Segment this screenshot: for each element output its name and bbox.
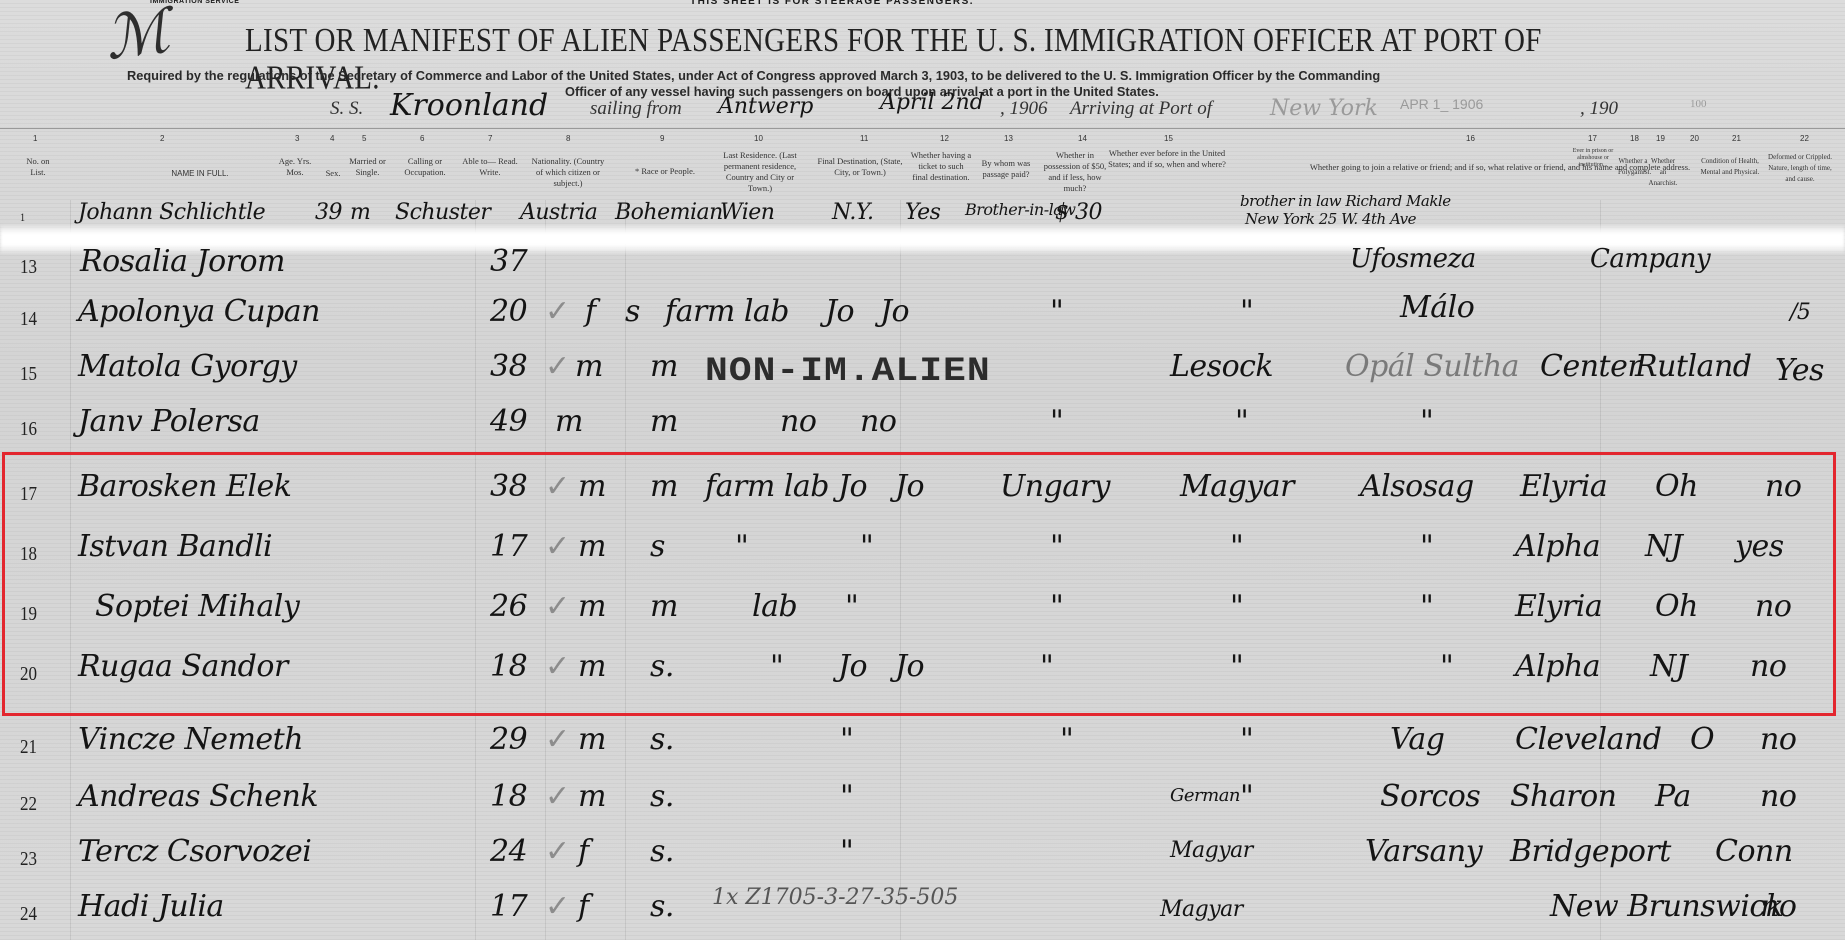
check-mark-icon: ✓ <box>545 722 570 757</box>
destination-city: Cleveland <box>1515 722 1662 757</box>
col-num: 21 <box>1732 134 1741 143</box>
col-num: 4 <box>330 134 334 143</box>
row-number: 15 <box>20 363 37 386</box>
race: Bohemian <box>615 200 723 225</box>
row-number: 14 <box>20 308 37 331</box>
sex: f <box>578 834 589 869</box>
row-number: 16 <box>20 418 37 441</box>
annotation-mark: no <box>1765 469 1801 504</box>
destination-city: Elyria <box>1515 589 1602 624</box>
faint-note: German <box>1170 785 1240 806</box>
annotation-mark: Yes <box>1775 353 1824 388</box>
col-num: 16 <box>1466 134 1475 143</box>
passenger-row-21: 21 Vincze Nemeth 29 ✓ m s. " " " Vag Cle… <box>0 718 1845 778</box>
check-mark-icon: ✓ <box>545 889 570 924</box>
header-prison: Ever in prison or almshouse or instituti… <box>1568 148 1618 169</box>
destination-city: Elyria <box>1520 469 1607 504</box>
sex: f <box>585 294 596 329</box>
occupation: farm lab <box>665 294 789 329</box>
header-deformed: Deformed or Crippled. Nature, length of … <box>1765 152 1835 185</box>
header-calling: Calling or Occupation. <box>395 156 455 178</box>
occupation: lab <box>752 589 797 624</box>
ditto-mark: " <box>1420 589 1433 624</box>
sailing-year: , 1906 <box>1000 98 1048 120</box>
column-headers: No. on List. NAME IN FULL. Age. Yrs. Mos… <box>0 148 1845 198</box>
sex: m <box>578 529 606 564</box>
col-num: 3 <box>295 134 299 143</box>
marital-status: s <box>625 294 640 329</box>
last-residence: Sorcos <box>1380 779 1480 814</box>
ditto-mark: " <box>860 529 873 564</box>
annotation-mark: yes <box>1735 529 1784 564</box>
passenger-name: Apolonya Cupan <box>78 294 320 329</box>
ditto-mark: " <box>1240 722 1253 757</box>
ship-line: S. S. Kroonland sailing from Antwerp Apr… <box>0 98 1845 128</box>
sex: m <box>578 779 606 814</box>
passenger-row-14: 14 Apolonya Cupan 20 ✓ f s farm lab Jo J… <box>0 290 1845 350</box>
joining-relative-line-1: brother in law Richard Makle <box>1240 192 1451 210</box>
marital-status: s. <box>650 722 674 757</box>
check-mark-icon: ✓ <box>545 469 570 504</box>
marital-status: m <box>650 404 678 439</box>
passenger-name: Vincze Nemeth <box>78 722 303 757</box>
header-final-destination: Final Destination, (State, City, or Town… <box>815 156 905 178</box>
col-num: 14 <box>1078 134 1087 143</box>
sex: m <box>578 469 606 504</box>
header-before-in-us: Whether ever before in the United States… <box>1102 148 1232 170</box>
marital-status: s. <box>650 834 674 869</box>
header-health: Condition of Health, Mental and Physical… <box>1700 156 1760 178</box>
steerage-banner: THIS SHEET IS FOR STEERAGE PASSENGERS. <box>690 0 974 7</box>
joining-relative: Málo <box>1400 290 1474 325</box>
check-mark-icon: ✓ <box>545 779 570 814</box>
row-number: 20 <box>20 663 37 686</box>
can-write: Jo <box>895 649 924 684</box>
sex: f <box>578 889 589 924</box>
handwritten-initials-mark: ℳ <box>100 0 173 74</box>
age: 26 <box>490 589 527 624</box>
last-residence: Lesock <box>1170 349 1273 384</box>
header-money: Whether in possession of $50, and if les… <box>1040 150 1110 194</box>
sex: m <box>575 349 603 384</box>
top-strip: IMMIGRATION SERVICE THIS SHEET IS FOR ST… <box>0 0 1845 10</box>
check-mark-icon: ✓ <box>545 589 570 624</box>
ditto-mark: " <box>845 589 858 624</box>
check-mark-icon: ✓ <box>545 834 570 869</box>
destination-state: NJ <box>1650 649 1687 684</box>
passenger-name: Barosken Elek <box>78 469 291 504</box>
passenger-name: Rosalia Jorom <box>80 244 285 279</box>
annotation-mark: no <box>1760 889 1796 924</box>
sex: m <box>578 722 606 757</box>
passenger-row-18: 18 Istvan Bandli 17 ✓ m s " " " " " Alph… <box>0 525 1845 585</box>
check-mark-icon: ✓ <box>545 294 570 329</box>
passenger-name: Johann Schlichtle <box>78 200 265 225</box>
col-num: 15 <box>1164 134 1173 143</box>
sex: m <box>578 649 606 684</box>
sailing-from-port: Antwerp <box>718 94 813 119</box>
nationality: Austria <box>520 200 597 225</box>
final-destination: N.Y. <box>832 200 874 225</box>
ditto-mark: " <box>1060 722 1073 757</box>
check-mark-icon: ✓ <box>545 349 570 384</box>
age: 20 <box>490 294 527 329</box>
age: 18 <box>490 779 527 814</box>
header-able-to: Able to— Read. Write. <box>460 156 520 178</box>
ditto-mark: " <box>1040 649 1053 684</box>
marital-status: s. <box>650 779 674 814</box>
ditto-mark: " <box>1050 529 1063 564</box>
annotation-mark: no <box>1760 779 1796 814</box>
passenger-name: Andreas Schenk <box>78 779 318 814</box>
header-no-on-list: No. on List. <box>18 156 58 178</box>
passenger-name: Matola Gyorgy <box>78 349 297 384</box>
header-married: Married or Single. <box>345 156 390 178</box>
header-polygamist: Whether a Polygamist. <box>1618 156 1648 178</box>
ditto-mark: " <box>1230 529 1243 564</box>
destination-state: Oh <box>1655 589 1698 624</box>
passenger-row-16: 16 Janv Polersa 49 m m no no " " " <box>0 400 1845 460</box>
can-write: Jo <box>895 469 924 504</box>
year-suffix: , 190 <box>1580 98 1618 120</box>
passenger-row-13: 13 Rosalia Jorom 37 Ufosmeza Campany <box>0 238 1845 298</box>
destination-city: New Brunswick <box>1550 889 1783 924</box>
ditto-mark: " <box>1230 589 1243 624</box>
passenger-row-22: 22 Andreas Schenk 18 ✓ m s. " German " S… <box>0 775 1845 835</box>
arriving-port: New York <box>1270 96 1378 121</box>
passenger-row-20: 20 Rugaa Sandor 18 ✓ m s. " Jo Jo " " " … <box>0 645 1845 705</box>
header-last-residence: Last Residence. (Last permanent residenc… <box>720 150 800 194</box>
marital-status: m <box>650 469 678 504</box>
ditto-mark: " <box>1440 649 1453 684</box>
passenger-row-17: 17 Barosken Elek 38 ✓ m m farm lab Jo Jo… <box>0 465 1845 525</box>
annotation-mark: no <box>1750 649 1786 684</box>
can-read: Jo <box>825 294 854 329</box>
corner-stamp: 100 <box>1690 98 1707 110</box>
money: $ 30 <box>1055 200 1102 225</box>
ditto-mark: " <box>1230 649 1243 684</box>
archive-annotation: 1x Z1705-3-27-35-505 <box>712 885 958 910</box>
row-number: 21 <box>20 736 37 759</box>
ticket: Yes <box>905 200 940 225</box>
row-number: 23 <box>20 848 37 871</box>
destination: Campany <box>1590 244 1710 274</box>
occupation: Schuster <box>395 200 490 225</box>
arrival-date-stamp: APR 1_ 1906 <box>1400 96 1483 112</box>
row-number: 22 <box>20 793 37 816</box>
header-divider <box>0 128 1845 129</box>
sex: m <box>578 589 606 624</box>
header-ticket: Whether having a ticket to such final de… <box>910 150 972 183</box>
row-number: 19 <box>20 603 37 626</box>
age: 38 <box>490 349 527 384</box>
passenger-name: Rugaa Sandor <box>78 649 288 684</box>
col-num: 8 <box>566 134 570 143</box>
can-write: Jo <box>880 294 909 329</box>
non-immigrant-alien-stamp: NON-IM.ALIEN <box>705 352 991 391</box>
header-race: * Race or People. <box>620 166 710 177</box>
ditto-mark: " <box>1240 294 1253 329</box>
occupation: farm lab <box>705 469 829 504</box>
col-num: 2 <box>160 134 164 143</box>
age: 39 <box>315 200 342 225</box>
marital-status: s. <box>650 649 674 684</box>
marital-status: s <box>650 529 665 564</box>
col-num: 9 <box>660 134 664 143</box>
passenger-name: Istvan Bandli <box>78 529 272 564</box>
age: 49 <box>490 404 527 439</box>
annotation-mark: no <box>1760 722 1796 757</box>
ditto-mark: " <box>1050 294 1063 329</box>
can-read: no <box>780 404 816 439</box>
destination-town: Ufosmeza <box>1350 244 1476 274</box>
age: 37 <box>490 244 527 279</box>
col-num: 1 <box>33 134 37 143</box>
marital-status: s. <box>650 889 674 924</box>
header-age: Age. Yrs. Mos. <box>270 156 320 178</box>
last-residence: Alsosag <box>1360 469 1474 504</box>
passenger-name: Janv Polersa <box>78 404 260 439</box>
check-mark-icon: ✓ <box>545 649 570 684</box>
age: 29 <box>490 722 527 757</box>
col-num: 19 <box>1656 134 1665 143</box>
regulation-line-1: Required by the regulations of the Secre… <box>127 68 1380 83</box>
ditto-mark: " <box>770 649 783 684</box>
col-num: 13 <box>1004 134 1013 143</box>
header-anarchist: Whether an Anarchist. <box>1648 156 1678 189</box>
destination-state: O <box>1690 722 1714 757</box>
age: 17 <box>490 529 527 564</box>
can-read: Jo <box>838 649 867 684</box>
col-num: 20 <box>1690 134 1699 143</box>
ditto-mark: " <box>1050 589 1063 624</box>
annotation-mark: no <box>1755 589 1791 624</box>
destination-state: Rutland <box>1635 349 1751 384</box>
col-num: 7 <box>488 134 492 143</box>
header-nationality: Nationality. (Country of which citizen o… <box>528 156 608 189</box>
col-num: 17 <box>1588 134 1597 143</box>
destination-city: Sharon <box>1510 779 1616 814</box>
sailing-from-label: sailing from <box>590 98 682 120</box>
ditto-mark: " <box>1240 779 1253 814</box>
destination-city: Alpha <box>1515 529 1600 564</box>
sailing-date: April 2nd <box>880 90 984 115</box>
passenger-row-19: 19 Soptei Mihaly 26 ✓ m m lab " " " " El… <box>0 585 1845 645</box>
ditto-mark: " <box>1420 404 1433 439</box>
ditto-mark: " <box>735 529 748 564</box>
destination-state: Conn <box>1715 834 1793 869</box>
ditto-mark: " <box>840 779 853 814</box>
annotation-mark: /5 <box>1790 300 1810 325</box>
col-num: 18 <box>1630 134 1639 143</box>
destination-state: Oh <box>1655 469 1698 504</box>
ship-prefix: S. S. <box>330 98 363 120</box>
row-number: 1 <box>20 210 25 225</box>
destination-city: Alpha <box>1515 649 1600 684</box>
age: 24 <box>490 834 527 869</box>
marital-status: m <box>650 589 678 624</box>
ditto-mark: " <box>1235 404 1248 439</box>
destination-state: Pa <box>1655 779 1691 814</box>
row-number: 24 <box>20 903 37 926</box>
col-num: 12 <box>940 134 949 143</box>
col-num: 11 <box>860 134 868 143</box>
last-residence: Varsany <box>1365 834 1482 869</box>
col-num: 10 <box>754 134 763 143</box>
check-mark-icon: ✓ <box>545 529 570 564</box>
header-sex: Sex. <box>318 168 348 179</box>
row-number: 17 <box>20 483 37 506</box>
age: 18 <box>490 649 527 684</box>
arriving-label: Arriving at Port of <box>1070 98 1212 120</box>
row-number: 13 <box>20 256 37 279</box>
faint-note: Magyar <box>1160 897 1243 922</box>
col-num: 22 <box>1800 134 1809 143</box>
ditto-mark: " <box>1050 404 1063 439</box>
ditto-mark: " <box>840 834 853 869</box>
can-write: no <box>860 404 896 439</box>
destination-city: Center <box>1540 349 1641 384</box>
ditto-mark: " <box>1420 529 1433 564</box>
row-number: 18 <box>20 543 37 566</box>
passenger-name: Soptei Mihaly <box>95 589 299 624</box>
age: 17 <box>490 889 527 924</box>
last-residence: Wien <box>720 200 774 225</box>
nationality: Ungary <box>1000 469 1110 504</box>
sex: m <box>350 200 370 225</box>
header-passage-paid: By whom was passage paid? <box>975 158 1037 180</box>
ditto-mark: " <box>840 722 853 757</box>
joining-relative: Opál Sultha <box>1345 349 1519 384</box>
col-num: 5 <box>362 134 366 143</box>
faint-note: Magyar <box>1170 838 1253 863</box>
race: Magyar <box>1180 469 1294 504</box>
passenger-row-23: 23 Tercz Csorvozei 24 ✓ f s. " Magyar Va… <box>0 830 1845 890</box>
manifest-sheet: IMMIGRATION SERVICE THIS SHEET IS FOR ST… <box>0 0 1845 940</box>
marital-status: m <box>650 349 678 384</box>
last-residence: Vag <box>1390 722 1445 757</box>
column-numbers: 1 2 3 4 5 6 7 8 9 10 11 12 13 14 15 16 1… <box>0 134 1845 146</box>
can-read: Jo <box>838 469 867 504</box>
destination-state: NJ <box>1645 529 1682 564</box>
passenger-name: Tercz Csorvozei <box>78 834 311 869</box>
age: 38 <box>490 469 527 504</box>
col-num: 6 <box>420 134 424 143</box>
regulation-line-2: Officer of any vessel having such passen… <box>565 84 1159 99</box>
destination-city: Bridgeport <box>1510 834 1671 869</box>
sex: m <box>555 404 583 439</box>
passenger-name: Hadi Julia <box>78 889 224 924</box>
ship-name: Kroonland <box>390 88 548 123</box>
